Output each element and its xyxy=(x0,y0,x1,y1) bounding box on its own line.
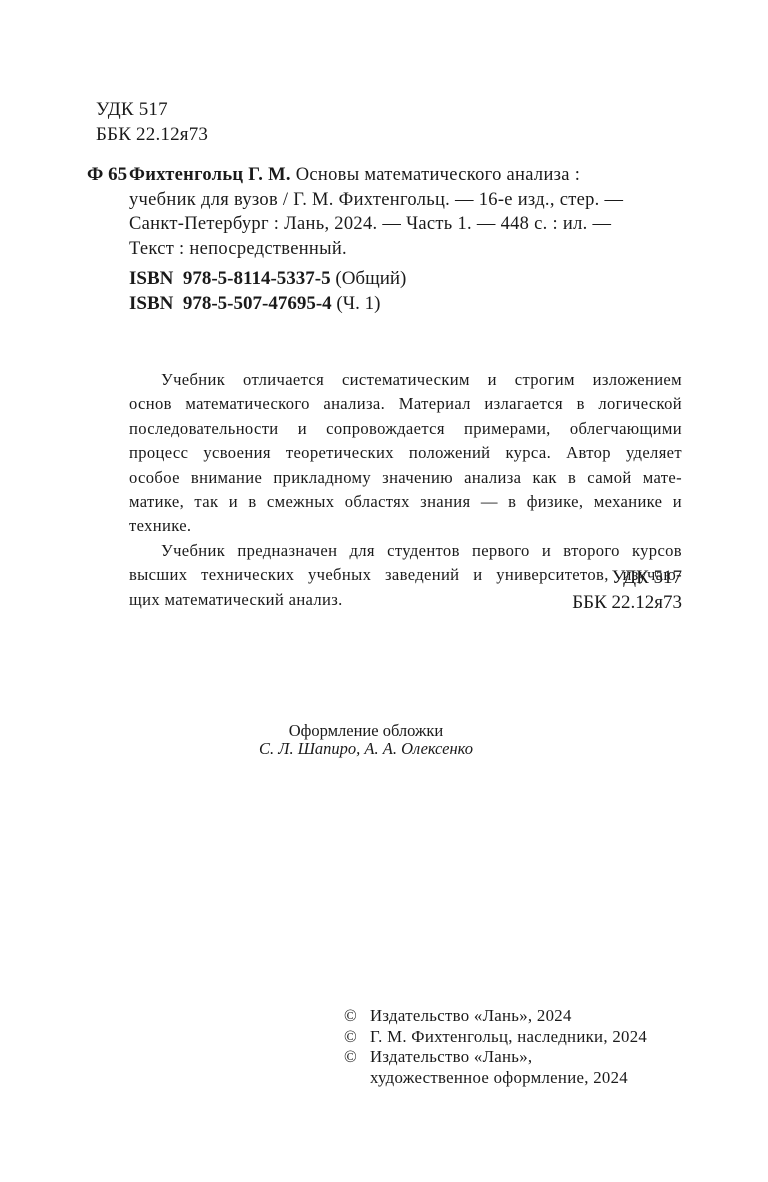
isbn-note: (Общий) xyxy=(335,268,406,289)
author-name: Фихтенгольц Г. М. xyxy=(129,165,291,185)
isbn-part-1: ISBN 978-5-507-47695-4 (Ч. 1) xyxy=(129,291,406,316)
isbn-number: 978-5-507-47695-4 xyxy=(183,293,332,314)
annotation-line: Учебник отличается систематическим и стр… xyxy=(129,368,682,392)
bibliographic-record: Ф 65 Фихтенгольц Г. М. Основы математиче… xyxy=(87,163,689,261)
cover-design-credit: Оформление обложки С. Л. Шапиро, А. А. О… xyxy=(0,722,768,758)
bibliographic-line: Санкт-Петербург : Лань, 2024. — Часть 1.… xyxy=(129,212,689,237)
cover-design-title: Оформление обложки xyxy=(0,722,768,740)
bibliographic-line: учебник для вузов / Г. М. Фихтенгольц. —… xyxy=(129,188,689,213)
annotation-line: технике. xyxy=(129,514,682,538)
annotation-line: особое внимание прикладному значению ана… xyxy=(129,466,682,490)
book-title: Основы математического анализа : xyxy=(291,165,580,185)
copyright-continuation: художественное оформление, 2024 xyxy=(344,1068,647,1089)
copyright-line: ©Издательство «Лань», 2024 xyxy=(344,1006,647,1027)
annotation-line: последовательности и сопровождается прим… xyxy=(129,417,682,441)
isbn-number: 978-5-8114-5337-5 xyxy=(183,268,331,289)
bbk-code: ББК 22.12я73 xyxy=(96,122,208,147)
bbk-code: ББК 22.12я73 xyxy=(572,590,682,615)
annotation-line: процесс усвоения теоретических положений… xyxy=(129,441,682,465)
udk-code: УДК 517 xyxy=(96,97,208,122)
bibliographic-line: Фихтенгольц Г. М. Основы математического… xyxy=(129,163,689,188)
copyright-line: ©Издательство «Лань», xyxy=(344,1047,647,1068)
isbn-note: (Ч. 1) xyxy=(336,293,380,314)
bibliographic-description: Фихтенгольц Г. М. Основы математического… xyxy=(129,163,689,261)
copyright-icon: © xyxy=(344,1006,370,1027)
copyright-page: УДК 517 ББК 22.12я73 Ф 65 Фихтенгольц Г.… xyxy=(0,0,768,1182)
isbn-label: ISBN xyxy=(129,293,173,314)
copyright-icon: © xyxy=(344,1047,370,1068)
udk-code: УДК 517 xyxy=(572,565,682,590)
isbn-label: ISBN xyxy=(129,268,173,289)
header-classification: УДК 517 ББК 22.12я73 xyxy=(96,97,208,147)
copyright-block: ©Издательство «Лань», 2024 ©Г. М. Фихтен… xyxy=(344,1006,647,1088)
isbn-block: ISBN 978-5-8114-5337-5 (Общий) ISBN 978-… xyxy=(129,266,406,316)
copyright-icon: © xyxy=(344,1027,370,1048)
annotation-line: матике, так и в смежных областях знания … xyxy=(129,490,682,514)
annotation-line: Учебник предназначен для студентов перво… xyxy=(129,539,682,563)
cover-designers: С. Л. Шапиро, А. А. Олексенко xyxy=(0,740,768,758)
bibliographic-line: Текст : непосредственный. xyxy=(129,237,689,262)
isbn-general: ISBN 978-5-8114-5337-5 (Общий) xyxy=(129,266,406,291)
author-sign-code: Ф 65 xyxy=(87,163,127,188)
annotation-line: основ математического анализа. Материал … xyxy=(129,392,682,416)
footer-classification: УДК 517 ББК 22.12я73 xyxy=(572,565,682,615)
copyright-line: ©Г. М. Фихтенгольц, наследники, 2024 xyxy=(344,1027,647,1048)
